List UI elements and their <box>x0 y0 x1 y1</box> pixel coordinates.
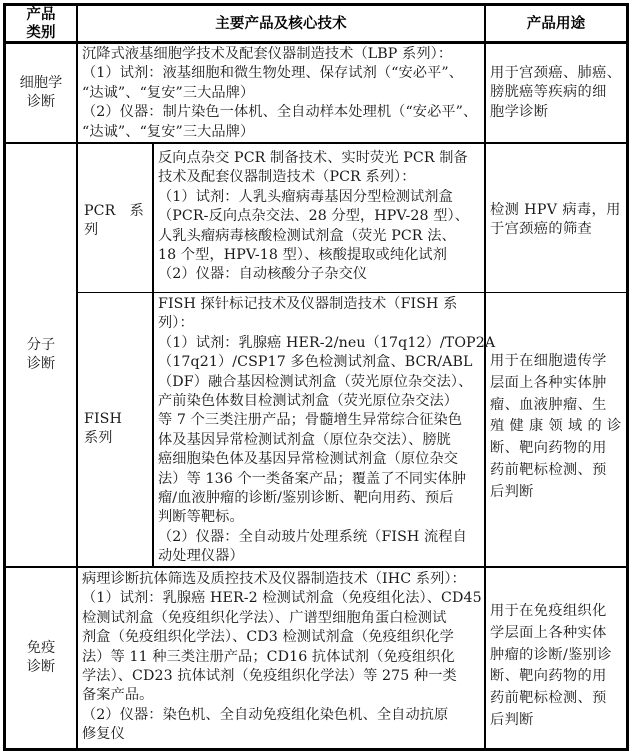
text-line: 后判断 <box>490 710 628 732</box>
header-purpose: 产品用途 <box>486 6 626 41</box>
text-line: （2）仪器：全自动玻片处理系统（FISH 流程自 <box>158 528 484 547</box>
products-immuno: 病理诊断抗体筛选及质控技术及仪器制造技术（IHC 系列）： （1）试剂：乳腺癌 … <box>82 570 484 745</box>
text-line: 人乳头瘤病毒核酸检测试剂盒（荧光 PCR 法、 <box>158 227 484 246</box>
text-line: 剂盒（免疫组织化学法）、CD3 检测试剂盒（免疫组织化学 <box>82 628 484 647</box>
text-line: 断、靶向药物的用 <box>490 666 628 688</box>
text-line: （1）试剂：乳腺癌 HER-2 检测试剂盒（免疫组化法）、CD45 <box>82 589 484 608</box>
category-label: 诊断 <box>27 93 56 112</box>
col-divider-category <box>76 3 78 751</box>
category-label: 免疫 <box>27 639 56 658</box>
text-line: “达诚”、“复安”三大品牌） <box>82 123 484 142</box>
category-immuno: 免疫 诊断 <box>6 568 76 748</box>
text-line: 用于在细胞遗传学 <box>490 351 628 373</box>
series-pcr: PCR 系 列 <box>84 202 150 241</box>
text-line: 18 个型，HPV-18 型）、核酸提取或纯化试剂 <box>158 246 484 265</box>
text-line: （DF）融合基因检测试剂盒（荧光原位杂交法）、 <box>158 373 484 392</box>
products-fish: FISH 探针标记技术及仪器制造技术（FISH 系 列）： （1）试剂：乳腺癌 … <box>158 295 484 567</box>
text-line: 胞学诊断 <box>490 103 628 122</box>
text-line: 病理诊断抗体筛选及质控技术及仪器制造技术（IHC 系列）： <box>82 570 484 589</box>
text-line: （1）试剂：液基细胞和微生物处理、保存试剂（“安必平”、 <box>82 64 484 83</box>
text-line: 反向点杂交 PCR 制备技术、实时荧光 PCR 制备 <box>158 149 484 168</box>
text-line: FISH 探针标记技术及仪器制造技术（FISH 系 <box>158 295 484 314</box>
text-line: （17q21）/CSP17 多色检测试剂盒、BCR/ABL <box>158 353 484 372</box>
purpose-fish: 用于在细胞遗传学 层面上各种实体肿 瘤、血液肿瘤、生 殖 健 康 领 域 的 诊… <box>490 351 628 504</box>
text-line: 学法）、CD23 抗体试剂（免疫组织化学法）等 275 种一类 <box>82 667 484 686</box>
text-line: 备案产品。 <box>82 686 484 705</box>
category-label: 诊断 <box>27 658 56 677</box>
text-line: 学层面上各种实体 <box>490 623 628 645</box>
row-divider-cytology <box>3 142 629 144</box>
purpose-cytology: 用于宫颈癌、肺癌、 膀胱癌等疾病的细 胞学诊断 <box>490 64 628 122</box>
header-category-line2: 类别 <box>26 24 55 42</box>
text-line: 药前靶标检测、预 <box>490 688 628 710</box>
text-line: 修复仪 <box>82 725 484 744</box>
text-line: 殖 健 康 领 域 的 诊 <box>490 416 628 438</box>
text-line: “达诚”、“复安”三大品牌） <box>82 84 484 103</box>
text-line: 列）： <box>158 314 484 333</box>
text-line: 法）等 11 种三类注册产品；CD16 抗体试剂（免疫组织化 <box>82 648 484 667</box>
text-line: 断、靶向药物的用 <box>490 438 628 460</box>
text-line: （2）仪器：制片染色一体机、全自动样本处理机（“安必平”、 <box>82 103 484 122</box>
text-line: 判断等靶标。 <box>158 508 484 527</box>
series-label: FISH <box>84 410 150 429</box>
text-line: （1）试剂：人乳头瘤病毒基因分型检测试剂盒 <box>158 188 484 207</box>
category-label: 分子 <box>27 336 56 355</box>
category-cytology: 细胞学 诊断 <box>6 44 76 142</box>
text-line: 药前靶标检测、预 <box>490 460 628 482</box>
text-line: 瘤/血液肿瘤的诊断/鉴别诊断、靶向用药、预后 <box>158 489 484 508</box>
col-divider-series <box>152 143 154 567</box>
header-products: 主要产品及核心技术 <box>78 6 484 41</box>
text-line: （2）仪器：自动核酸分子杂交仪 <box>158 265 484 284</box>
text-line: 产前染色体数目检测试剂盒（荧光原位杂交法） <box>158 392 484 411</box>
text-line: 层面上各种实体肿 <box>490 373 628 395</box>
products-pcr: 反向点杂交 PCR 制备技术、实时荧光 PCR 制备 技术及配套仪器制造技术（P… <box>158 149 484 285</box>
text-line: （2）仪器：染色机、全自动免疫组化染色机、全自动抗原 <box>82 706 484 725</box>
category-label: 诊断 <box>27 355 56 374</box>
text-line: 瘤、血液肿瘤、生 <box>490 395 628 417</box>
col-divider-purpose <box>484 3 486 751</box>
text-line: 检测试剂盒（免疫组织化学法）、广谱型细胞角蛋白检测试 <box>82 609 484 628</box>
text-line: 肿瘤的诊断/鉴别诊 <box>490 645 628 667</box>
text-line: 技术及配套仪器制造技术（PCR 系列）： <box>158 168 484 187</box>
series-fish: FISH 系列 <box>84 410 150 449</box>
series-label: 列 <box>84 221 150 240</box>
text-line: 于宫颈癌的筛查 <box>490 220 628 239</box>
series-label: PCR 系 <box>84 202 150 221</box>
row-divider-pcr <box>77 292 629 293</box>
category-label: 细胞学 <box>20 74 63 93</box>
text-line: 沉降式液基细胞学技术及配套仪器制造技术（LBP 系列）： <box>82 45 484 64</box>
text-line: 法）等 136 个一类备案产品；覆盖了不同实体肿 <box>158 470 484 489</box>
text-line: 用于在免疫组织化 <box>490 601 628 623</box>
products-cytology: 沉降式液基细胞学技术及配套仪器制造技术（LBP 系列）： （1）试剂：液基细胞和… <box>82 45 484 142</box>
category-molecular: 分子 诊断 <box>6 144 76 566</box>
text-line: 后判断 <box>490 482 628 504</box>
text-line: 检测 HPV 病毒，用 <box>490 201 628 220</box>
text-line: 体及基因异常检测试剂盒（原位杂交法）、膀胱 <box>158 431 484 450</box>
text-line: （PCR-反向点杂交法、28 分型，HPV-28 型）、 <box>158 207 484 226</box>
text-line: 用于宫颈癌、肺癌、 <box>490 64 628 83</box>
header-category-line1: 产品 <box>26 6 55 24</box>
purpose-immuno: 用于在免疫组织化 学层面上各种实体 肿瘤的诊断/鉴别诊 断、靶向药物的用 药前靶… <box>490 601 628 732</box>
header-category: 产品 类别 <box>6 6 76 41</box>
purpose-pcr: 检测 HPV 病毒，用 于宫颈癌的筛查 <box>490 201 628 240</box>
text-line: 癌细胞染色体及基因异常检测试剂盒（原位杂交 <box>158 450 484 469</box>
text-line: 膀胱癌等疾病的细 <box>490 83 628 102</box>
text-line: 等 7 个三类注册产品；骨髓增生异常综合征染色 <box>158 411 484 430</box>
text-line: 动处理仪器） <box>158 547 484 566</box>
series-label: 系列 <box>84 429 150 448</box>
row-divider-header <box>3 41 629 44</box>
text-line: （1）试剂：乳腺癌 HER-2/neu（17q12）/TOP2A <box>158 334 484 353</box>
